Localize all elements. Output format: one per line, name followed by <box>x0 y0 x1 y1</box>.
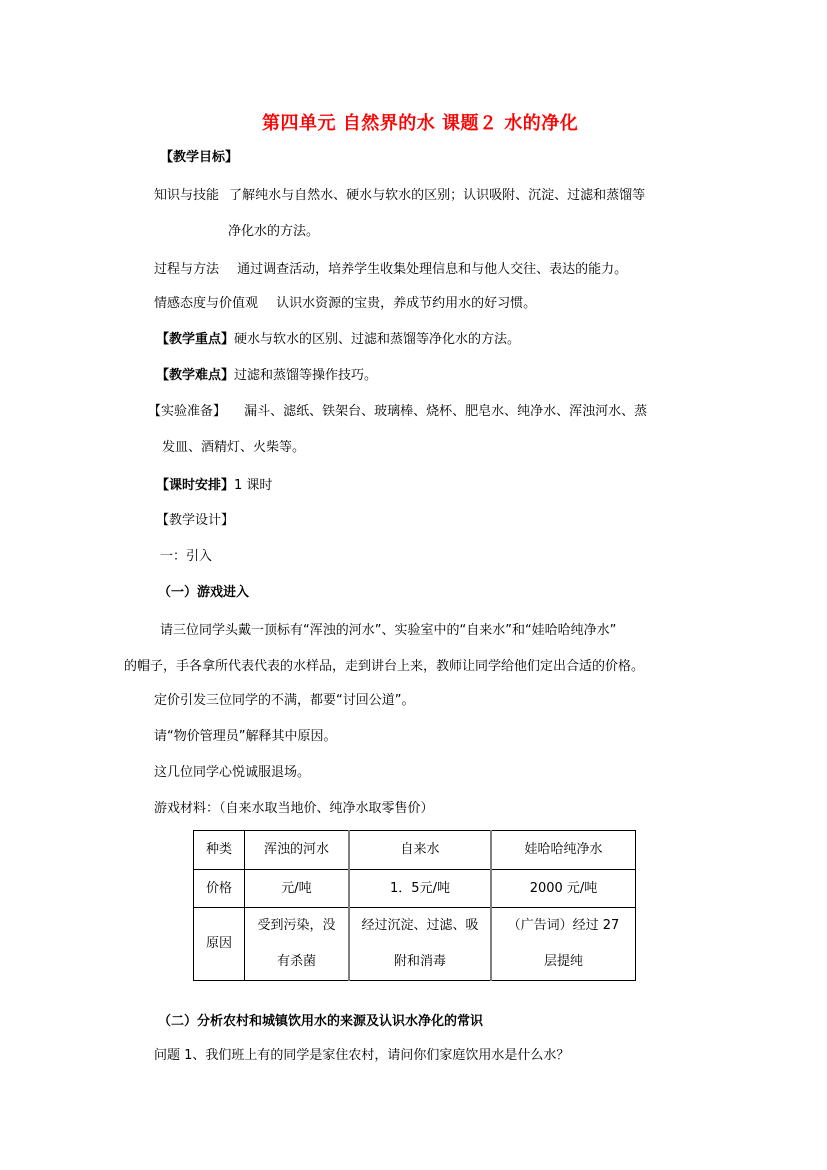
design-heading: 【教学设计】 <box>156 512 234 530</box>
table-cell: 元/吨 <box>245 870 350 908</box>
knowledge-skills-line: 知识与技能 了解纯水与自然水、硬水与软水的区别；认识吸附、沉淀、过滤和蒸馏等 <box>154 187 645 205</box>
materials-caption: 游戏材料：（自来水取当地价、纯净水取零售价） <box>154 800 434 818</box>
paragraph2: 定价引发三位同学的不满，都要“讨回公道”。 <box>154 692 414 710</box>
paragraph1: 请三位同学头戴一顶标有“浑浊的河水”、实验室中的“自来水”和“娃哈哈纯净水” <box>160 622 616 640</box>
preparation-line: 【实验准备】 漏斗、滤纸、铁架台、玻璃棒、烧杯、肥皂水、纯净水、浑浊河水、蒸 <box>148 403 647 421</box>
row-label: 价格 <box>194 870 245 908</box>
paragraph4: 这几位同学心悦诚服退场。 <box>154 764 310 782</box>
attitude-values-line: 情感态度与价值观 认识水资源的宝贵，养成节约用水的好习惯。 <box>154 295 536 313</box>
paragraph3: 请“物价管理员”解释其中原因。 <box>154 728 336 746</box>
table-cell: 自来水 <box>349 831 491 870</box>
key-points-heading: 【教学重点】 <box>156 332 234 347</box>
preparation-text-continued: 发皿、酒精灯、火柴等。 <box>162 439 305 457</box>
process-text: 通过调查活动，培养学生收集处理信息和与他人交往、表达的能力。 <box>237 262 627 277</box>
difficulties-heading: 【教学难点】 <box>156 368 234 383</box>
price-comparison-table: 种类 浑浊的河水 自来水 娃哈哈纯净水 价格 元/吨 1．5元/吨 2000 元… <box>193 830 636 981</box>
cell-line: 有杀菌 <box>249 944 344 980</box>
knowledge-text-continued: 净化水的方法。 <box>228 223 319 241</box>
difficulties-text: 过滤和蒸馏等操作技巧。 <box>234 368 377 383</box>
table-cell: 受到污染，没 有杀菌 <box>245 908 350 981</box>
cell-line: 受到污染，没 <box>249 908 344 944</box>
key-points-text: 硬水与软水的区别、过滤和蒸馏等净化水的方法。 <box>234 332 520 347</box>
part1-intro: 一：引入 <box>160 548 212 566</box>
attitude-text: 认识水资源的宝贵，养成节约用水的好习惯。 <box>276 296 536 311</box>
schedule-text: 1 课时 <box>234 478 272 493</box>
objectives-heading: 【教学目标】 <box>160 149 238 167</box>
schedule-heading: 【课时安排】 <box>156 478 234 493</box>
table-cell: 经过沉淀、过滤、吸 附和消毒 <box>349 908 491 981</box>
cell-line: 层提纯 <box>496 944 631 980</box>
difficulties-line: 【教学难点】过滤和蒸馏等操作技巧。 <box>156 367 377 385</box>
preparation-heading: 【实验准备】 <box>148 404 226 419</box>
preparation-text: 漏斗、滤纸、铁架台、玻璃棒、烧杯、肥皂水、纯净水、浑浊河水、蒸 <box>244 404 647 419</box>
process-methods-line: 过程与方法 通过调查活动，培养学生收集处理信息和与他人交往、表达的能力。 <box>154 261 627 279</box>
table-cell: 娃哈哈纯净水 <box>491 831 636 870</box>
question1: 问题 1、我们班上有的同学是家住农村，请问你们家庭饮用水是什么水？ <box>154 1047 569 1065</box>
table-row: 种类 浑浊的河水 自来水 娃哈哈纯净水 <box>194 831 636 870</box>
table-row: 原因 受到污染，没 有杀菌 经过沉淀、过滤、吸 附和消毒 （广告词）经过 27 … <box>194 908 636 981</box>
key-points-line: 【教学重点】硬水与软水的区别、过滤和蒸馏等净化水的方法。 <box>156 331 520 349</box>
table-row: 价格 元/吨 1．5元/吨 2000 元/吨 <box>194 870 636 908</box>
cell-line: （广告词）经过 27 <box>496 908 631 944</box>
row-label: 种类 <box>194 831 245 870</box>
paragraph1-continued: 的帽子，手各拿所代表代表的水样品，走到讲台上来，教师让同学给他们定出合适的价格。 <box>124 658 644 676</box>
document-title: 第四单元 自然界的水 课题２ 水的净化 <box>262 112 578 136</box>
table-cell: 浑浊的河水 <box>245 831 350 870</box>
table-cell: （广告词）经过 27 层提纯 <box>491 908 636 981</box>
table-cell: 2000 元/吨 <box>491 870 636 908</box>
knowledge-label: 知识与技能 <box>154 188 219 203</box>
attitude-label: 情感态度与价值观 <box>154 296 258 311</box>
knowledge-text: 了解纯水与自然水、硬水与软水的区别；认识吸附、沉淀、过滤和蒸馏等 <box>229 188 645 203</box>
cell-line: 附和消毒 <box>354 944 486 980</box>
process-label: 过程与方法 <box>154 262 219 277</box>
cell-line: 经过沉淀、过滤、吸 <box>354 908 486 944</box>
schedule-line: 【课时安排】1 课时 <box>156 477 272 495</box>
table-cell: 1．5元/吨 <box>349 870 491 908</box>
row-label: 原因 <box>194 908 245 981</box>
section1-heading: （一）游戏进入 <box>158 584 249 602</box>
section2-heading: （二）分析农村和城镇饮用水的来源及认识水净化的常识 <box>158 1013 483 1031</box>
